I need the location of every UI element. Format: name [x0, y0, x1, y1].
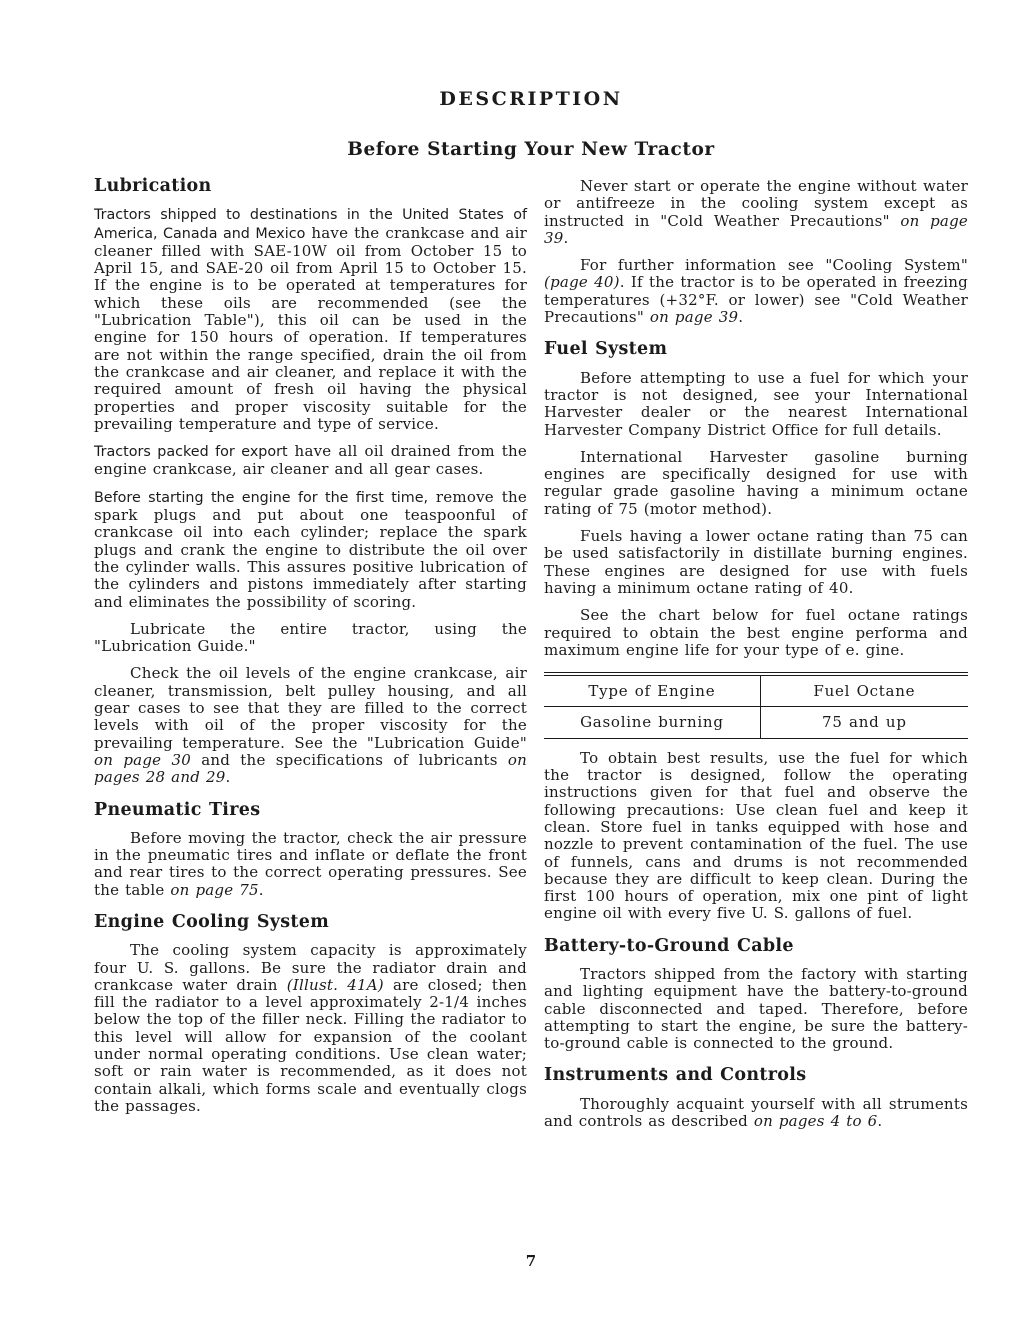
two-column-layout: Lubrication Tractors shipped to destinat…: [94, 178, 968, 1140]
section-heading-fuel-system: Fuel System: [544, 341, 968, 358]
paragraph-fuel-dealer: Before attempting to use a fuel for whic…: [544, 370, 968, 439]
body-text: Before moving the tractor, check the air…: [94, 829, 527, 899]
body-text: remove the spark plugs and put about one…: [94, 488, 527, 611]
paragraph-lubrication-domestic: Tractors shipped to destinations in the …: [94, 206, 527, 433]
paragraph-best-results: To obtain best results, use the fuel for…: [544, 750, 968, 923]
right-column: Never start or operate the engine withou…: [544, 178, 968, 1140]
paragraph-tire-pressure: Before moving the tractor, check the air…: [94, 830, 527, 899]
paragraph-further-information: For further information see "Cooling Sys…: [544, 257, 968, 326]
section-heading-battery-cable: Battery-to-Ground Cable: [544, 938, 968, 955]
paragraph-cooling-capacity: The cooling system capacity is approxima…: [94, 942, 527, 1115]
page-reference: on page 39: [650, 308, 738, 326]
page-number: 7: [94, 1252, 968, 1270]
table-cell-octane-rating: 75 and up: [760, 707, 968, 738]
body-text: are closed; then fill the radiator to a …: [94, 976, 527, 1115]
illustration-reference: (Illust. 41A): [287, 976, 384, 994]
manual-page: DESCRIPTION Before Starting Your New Tra…: [0, 0, 1024, 1140]
body-text: Check the oil levels of the engine crank…: [94, 664, 527, 751]
paragraph-lubrication-export: Tractors packed for export have all oil …: [94, 443, 527, 479]
paragraph-battery-cable: Tractors shipped from the factory with s…: [544, 966, 968, 1052]
body-text: .: [225, 768, 230, 786]
table-header-type-of-engine: Type of Engine: [544, 674, 760, 707]
paragraph-gasoline-engines: International Harvester gasoline burning…: [544, 449, 968, 518]
paragraph-lower-octane: Fuels having a lower octane rating than …: [544, 528, 968, 597]
paragraph-check-oil-levels: Check the oil levels of the engine crank…: [94, 665, 527, 786]
left-column: Lubrication Tractors shipped to destinat…: [94, 178, 527, 1140]
paragraph-instruments: Thoroughly acquaint yourself with all st…: [544, 1096, 968, 1131]
section-heading-instruments-controls: Instruments and Controls: [544, 1067, 968, 1084]
paragraph-lubricate-tractor: Lubricate the entire tractor, using the …: [94, 621, 527, 656]
page-title: DESCRIPTION: [94, 88, 968, 110]
body-text: For further information see "Cooling Sys…: [580, 256, 968, 274]
body-text: .: [738, 308, 743, 326]
section-heading-engine-cooling: Engine Cooling System: [94, 914, 527, 931]
table-header-fuel-octane: Fuel Octane: [760, 674, 968, 707]
table-cell-engine-type: Gasoline burning: [544, 707, 760, 738]
lead-in-text: Tractors packed for export: [94, 444, 288, 460]
fuel-octane-table: Type of Engine Fuel Octane Gasoline burn…: [544, 672, 968, 739]
page-reference: on pages 4 to 6: [754, 1112, 878, 1130]
body-text: and the specifications of lubricants: [191, 751, 508, 769]
body-text: .: [259, 881, 264, 899]
page-reference: on page 30: [94, 751, 191, 769]
page-subtitle: Before Starting Your New Tractor: [94, 139, 968, 160]
table-header-row: Type of Engine Fuel Octane: [544, 674, 968, 707]
body-text: .: [564, 229, 569, 247]
lead-in-text: Before starting the engine for the first…: [94, 490, 428, 506]
page-reference: on page 75: [170, 881, 258, 899]
table-row: Gasoline burning 75 and up: [544, 707, 968, 738]
section-heading-pneumatic-tires: Pneumatic Tires: [94, 802, 527, 819]
paragraph-first-start: Before starting the engine for the first…: [94, 489, 527, 611]
paragraph-never-start-warning: Never start or operate the engine withou…: [544, 178, 968, 247]
page-reference: (page 40): [544, 273, 620, 291]
section-heading-lubrication: Lubrication: [94, 178, 527, 195]
body-text: have the crankcase and air cleaner fille…: [94, 224, 527, 433]
paragraph-see-chart: See the chart below for fuel octane rati…: [544, 607, 968, 659]
body-text: .: [877, 1112, 882, 1130]
